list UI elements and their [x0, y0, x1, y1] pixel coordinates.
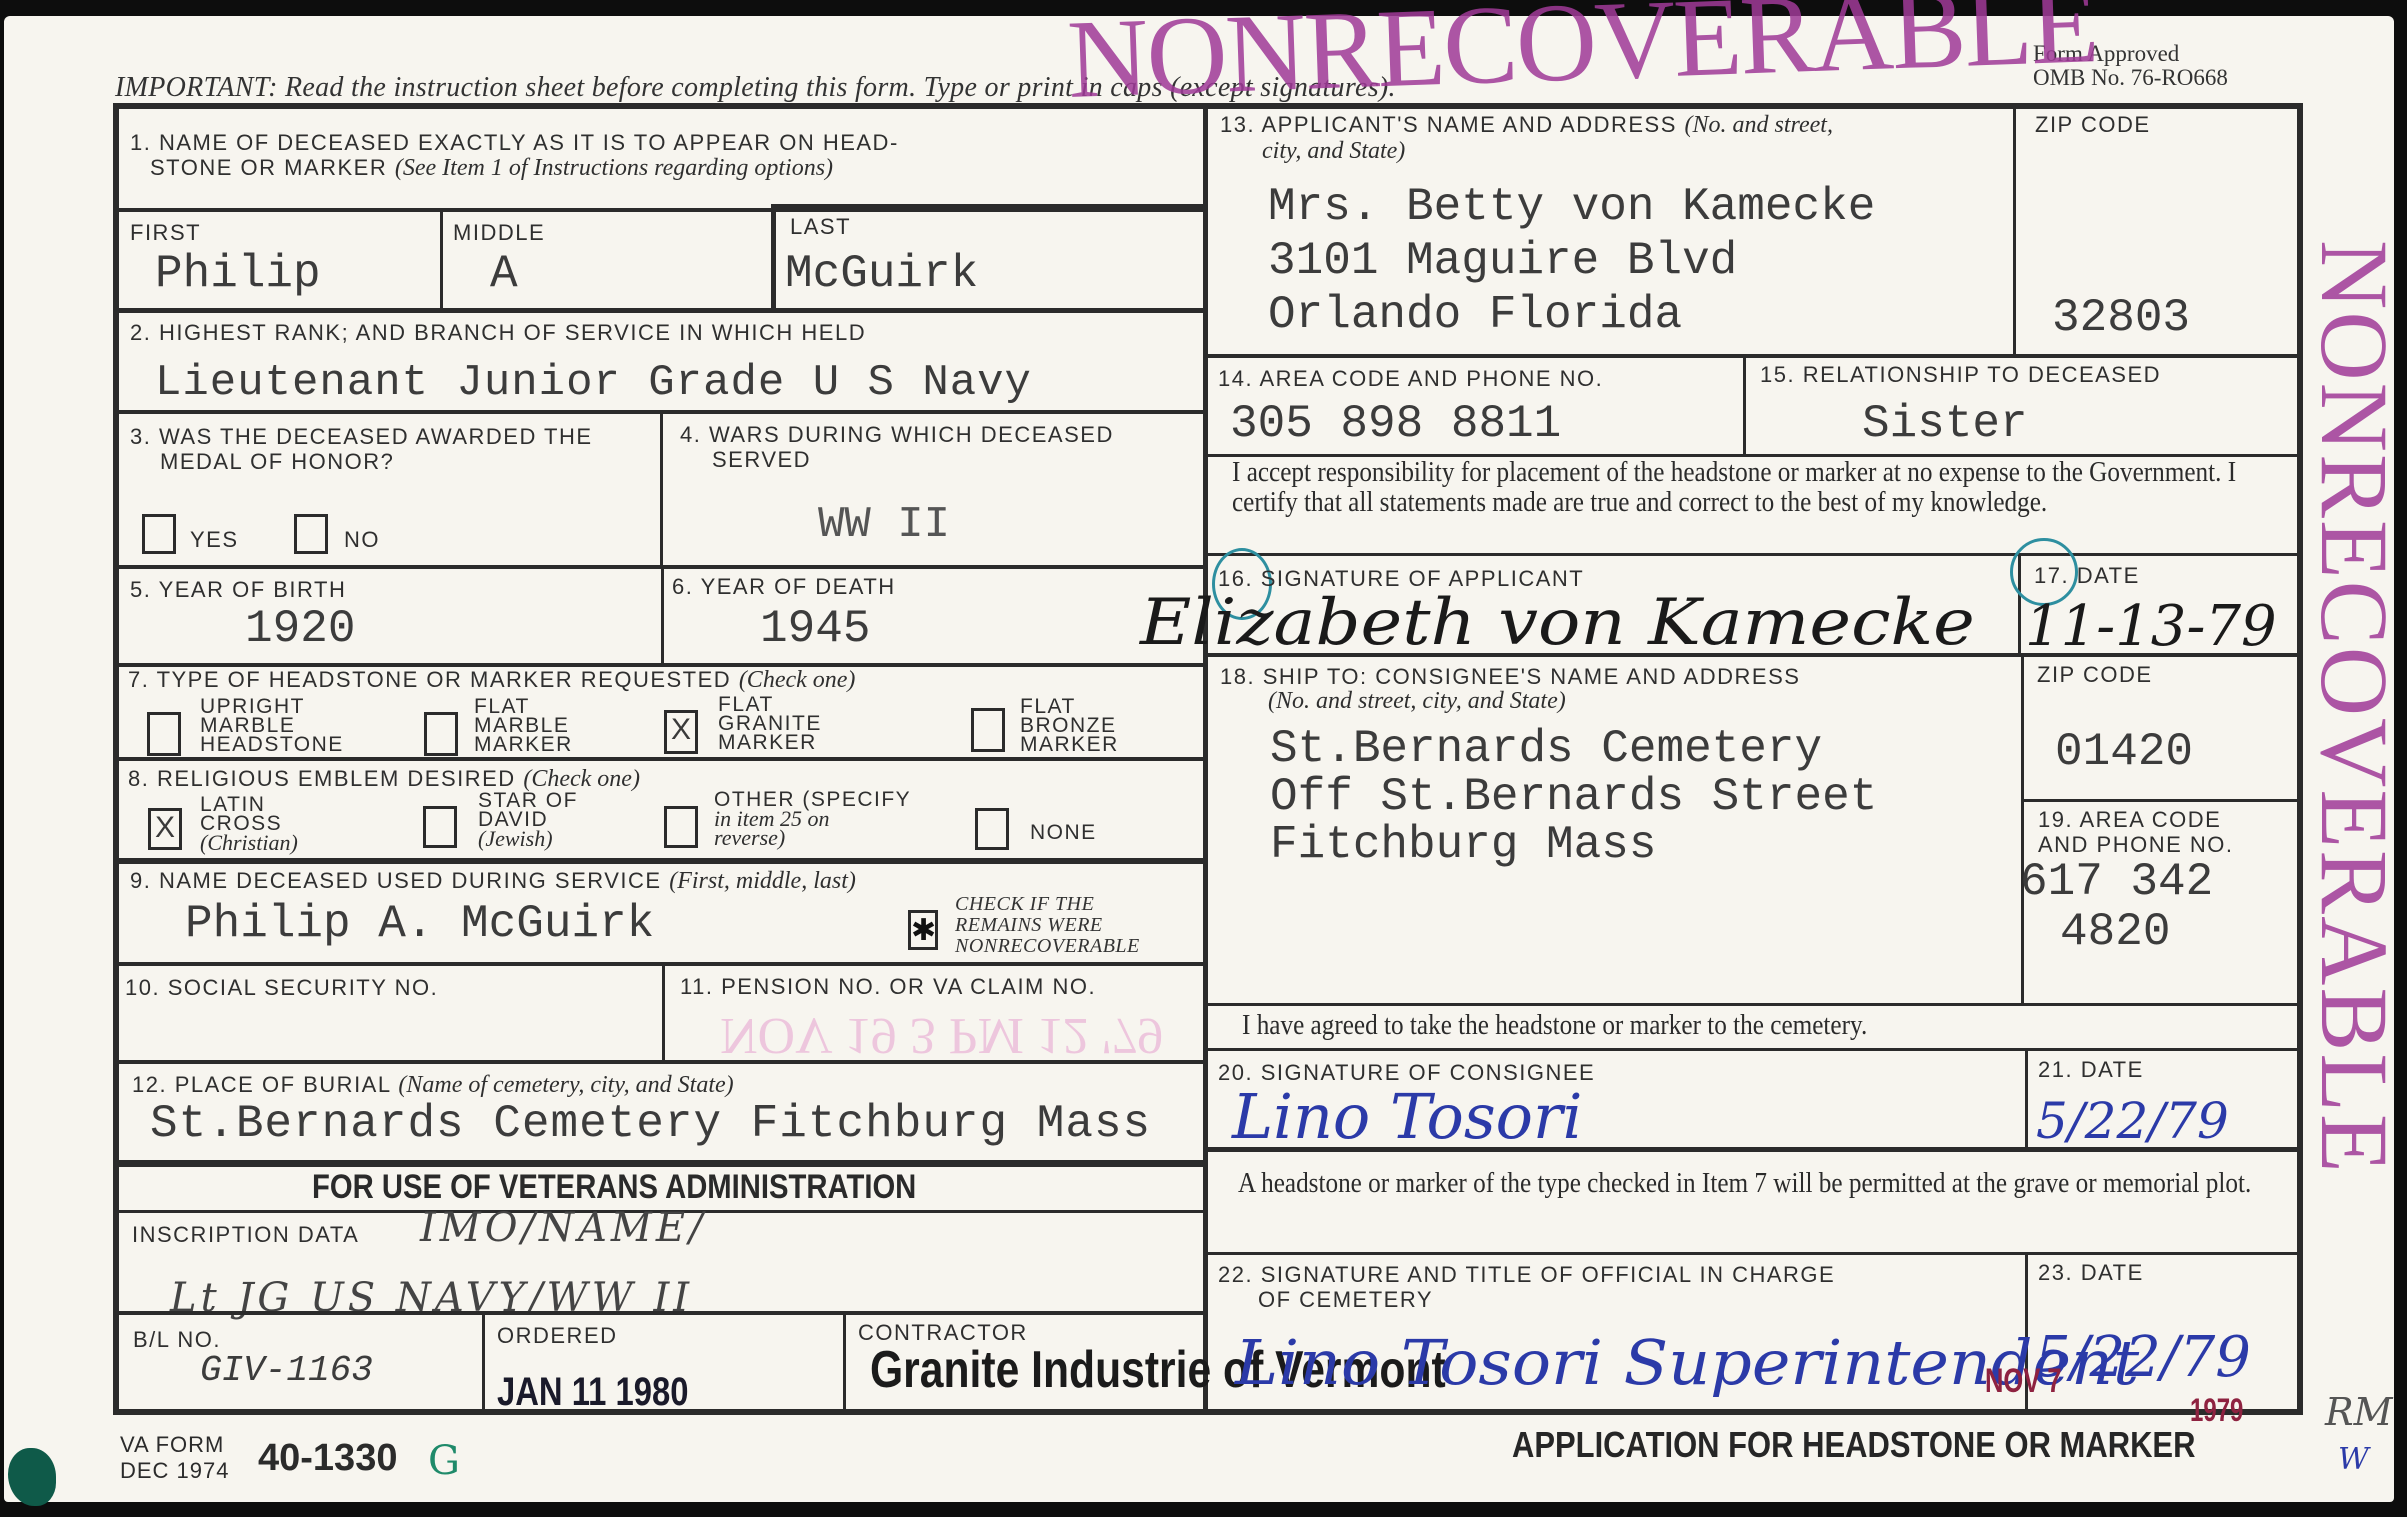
divider — [1206, 653, 2300, 657]
form-date: DEC 1974 — [120, 1458, 230, 1484]
item19-value-line2: 4820 — [2020, 907, 2213, 957]
divider — [771, 206, 776, 310]
divider — [1743, 356, 1746, 456]
consignee-address[interactable]: St.Bernards Cemetery Off St.Bernards Str… — [1270, 725, 1877, 869]
item22-label-line1: 22. SIGNATURE AND TITLE OF OFFICIAL IN C… — [1218, 1262, 1835, 1287]
item19-label-line2: AND PHONE NO. — [2038, 832, 2234, 857]
consignee-statement: I have agreed to take the headstone or m… — [1242, 1010, 1867, 1042]
divider — [1206, 1147, 2300, 1152]
va-use-title: FOR USE OF VETERANS ADMINISTRATION — [312, 1168, 916, 1207]
item1-label-line2: STONE OR MARKER — [150, 155, 387, 180]
item7-label: 7. TYPE OF HEADSTONE OR MARKER REQUESTED… — [128, 667, 855, 693]
remains-nonrecoverable-checkbox[interactable]: ✱ — [908, 910, 938, 950]
ordered-label: ORDERED — [497, 1323, 618, 1348]
item1-label-line1: 1. NAME OF DECEASED EXACTLY AS IT IS TO … — [130, 130, 1190, 155]
divider — [661, 567, 664, 665]
va-form-label: VA FORM DEC 1974 — [120, 1432, 230, 1484]
item19-value[interactable]: 617 342 4820 — [2020, 857, 2213, 957]
item9-label-note: (First, middle, last) — [669, 868, 856, 894]
consignee-signature[interactable]: Lino Tosori — [1232, 1080, 1582, 1153]
item21-label: 21. DATE — [2038, 1057, 2144, 1082]
flat-granite-marker-checkbox[interactable]: X — [664, 710, 698, 754]
item9-label-text: 9. NAME DECEASED USED DURING SERVICE — [130, 868, 662, 893]
va-form-text: VA FORM — [120, 1432, 230, 1458]
flat-bronze-marker-checkbox[interactable] — [971, 708, 1005, 752]
item11-label: 11. PENSION NO. OR VA CLAIM NO. — [680, 974, 1096, 999]
divider — [116, 1311, 1206, 1315]
divider — [2023, 799, 2300, 802]
handwritten-g: G — [428, 1438, 460, 1484]
form-number: 40-1330 — [258, 1437, 397, 1480]
inscription-line1[interactable]: IMO/NAME/ — [420, 1205, 707, 1251]
check-label-line: REMAINS WERE — [955, 915, 1140, 936]
divider — [482, 1313, 485, 1413]
last-name-value[interactable]: McGuirk — [785, 248, 978, 300]
item9-label: 9. NAME DECEASED USED DURING SERVICE (Fi… — [130, 868, 856, 894]
check-label-line: CHECK IF THE — [955, 894, 1140, 915]
middle-name-label: MIDDLE — [453, 220, 545, 245]
option-other: OTHER (Specifyin item 25 onreverse) — [714, 790, 911, 847]
item6-label: 6. YEAR OF DEATH — [672, 574, 896, 599]
item17-label: 17. DATE — [2034, 563, 2140, 588]
ordered-date-stamp[interactable]: JAN 11 1980 — [497, 1370, 688, 1415]
medal-no-label: NO — [344, 527, 380, 552]
divider — [843, 1313, 846, 1413]
bl-number-label: B/L NO. — [133, 1327, 221, 1352]
option-flat-marble-marker: FLATMARBLEMARKER — [474, 697, 573, 754]
item8-label-text: 8. RELIGIOUS EMBLEM DESIRED — [128, 766, 516, 791]
item15-value[interactable]: Sister — [1862, 398, 2028, 450]
divider — [440, 210, 443, 310]
other-emblem-checkbox[interactable] — [664, 806, 698, 848]
divider — [1206, 1003, 2300, 1006]
faint-received-stamp: NOV 19 3 PM 12 '79 — [720, 1006, 1163, 1065]
item4-label-line1: 4. WARS DURING WHICH DECEASED — [680, 422, 1114, 447]
item7-label-note: (Check one) — [739, 667, 856, 693]
nonrecoverable-stamp-side: NONRECOVERABLE — [2299, 240, 2407, 1175]
option-flat-granite-marker: FLATGRANITEMARKER — [718, 695, 822, 752]
divider — [116, 858, 1206, 864]
first-name-value[interactable]: Philip — [155, 248, 321, 300]
option-line: MARKER — [1020, 735, 1119, 754]
option-star-of-david: STAR OFDAVID(Jewish) — [478, 791, 578, 848]
item3-label-line1: 3. WAS THE DECEASED AWARDED THE — [130, 424, 593, 449]
item12-label-note: (Name of cemetery, city, and State) — [398, 1072, 733, 1098]
consignee-zip-label: ZIP CODE — [2037, 662, 2153, 687]
consignee-street: Off St.Bernards Street — [1270, 773, 1877, 821]
divider — [1206, 1252, 2300, 1255]
permit-statement: A headstone or marker of the type checke… — [1238, 1164, 2282, 1204]
divider — [1206, 553, 2300, 556]
applicant-zip-label: ZIP CODE — [2035, 112, 2151, 137]
initials-rm: RM — [2325, 1390, 2393, 1434]
divider — [116, 1060, 1206, 1064]
divider — [1206, 354, 2300, 358]
item9-value[interactable]: Philip A. McGuirk — [185, 898, 654, 950]
applicant-signature[interactable]: Elizabeth von Kamecke — [1140, 586, 1975, 660]
divider — [660, 412, 663, 567]
item19-label-line1: 19. AREA CODE — [2038, 807, 2234, 832]
item14-value[interactable]: 305 898 8811 — [1230, 398, 1561, 450]
item2-label: 2. HIGHEST RANK; AND BRANCH OF SERVICE I… — [130, 320, 866, 345]
item3-label-line2: MEDAL OF HONOR? — [130, 449, 593, 474]
divider — [2013, 106, 2016, 356]
check-label-line: NONRECOVERABLE — [955, 936, 1140, 957]
item13-label: 13. APPLICANT'S NAME AND ADDRESS (No. an… — [1220, 112, 1833, 164]
option-line: MARKER — [474, 735, 573, 754]
applicant-street: 3101 Maguire Blvd — [1268, 234, 1875, 288]
certification-text: I accept responsibility for placement of… — [1232, 458, 2263, 518]
item23-value[interactable]: 5/22/79 — [2035, 1325, 2251, 1390]
item13-label-note2: city, and State) — [1262, 138, 1405, 164]
received-date-stamp-month: NOV 7 — [1985, 1362, 2062, 1401]
item2-value[interactable]: Lieutenant Junior Grade U S Navy — [155, 358, 1032, 408]
option-latin-cross: LATINCROSS(Christian) — [200, 795, 298, 852]
item23-label: 23. DATE — [2038, 1260, 2144, 1285]
option-line: (Jewish) — [478, 829, 578, 848]
applicant-address[interactable]: Mrs. Betty von Kamecke 3101 Maguire Blvd… — [1268, 180, 1875, 342]
item6-value[interactable]: 1945 — [760, 603, 870, 655]
medal-yes-checkbox[interactable] — [142, 514, 176, 554]
item19-value-line1: 617 342 — [2020, 857, 2213, 907]
item12-label-text: 12. PLACE OF BURIAL — [132, 1072, 391, 1097]
item12-value[interactable]: St.Bernards Cemetery Fitchburg Mass — [150, 1098, 1151, 1150]
flat-marble-marker-checkbox[interactable] — [424, 712, 458, 756]
bl-number-value[interactable]: GIV-1163 — [200, 1350, 373, 1391]
received-date-stamp-year: 1979 — [2190, 1392, 2243, 1429]
option-line: (Christian) — [200, 833, 298, 852]
item13-label-note: (No. and street, — [1685, 112, 1833, 138]
divider — [2025, 1050, 2028, 1150]
item14-label: 14. AREA CODE AND PHONE NO. — [1218, 366, 1603, 391]
divider — [771, 204, 1206, 210]
medal-yes-label: YES — [190, 527, 239, 552]
consignee-city-state: Fitchburg Mass — [1270, 821, 1877, 869]
upright-marble-headstone-checkbox[interactable] — [147, 712, 181, 756]
form-title: APPLICATION FOR HEADSTONE OR MARKER — [1512, 1424, 2195, 1466]
social-security-field[interactable] — [130, 1005, 650, 1055]
divider — [116, 308, 1206, 313]
divider — [116, 757, 1206, 761]
item5-value[interactable]: 1920 — [245, 603, 355, 655]
item22-label-line2: OF CEMETERY — [1218, 1287, 1835, 1312]
none-emblem-checkbox[interactable] — [975, 808, 1009, 850]
option-line: HEADSTONE — [200, 735, 344, 754]
latin-cross-checkbox[interactable]: X — [148, 808, 182, 850]
item18-label: 18. SHIP TO: CONSIGNEE'S NAME AND ADDRES… — [1220, 664, 1800, 689]
divider — [116, 1160, 1206, 1167]
divider — [116, 962, 1206, 966]
option-line: MARKER — [718, 733, 822, 752]
option-flat-bronze-marker: FLATBRONZEMARKER — [1020, 697, 1119, 754]
item4-label-line2: SERVED — [680, 447, 1114, 472]
applicant-name: Mrs. Betty von Kamecke — [1268, 180, 1875, 234]
option-upright-marble-headstone: UPRIGHTMARBLEHEADSTONE — [200, 697, 344, 754]
item10-label: 10. SOCIAL SECURITY NO. — [125, 975, 438, 1000]
consignee-name: St.Bernards Cemetery — [1270, 725, 1877, 773]
star-of-david-checkbox[interactable] — [423, 806, 457, 848]
item19-label: 19. AREA CODE AND PHONE NO. — [2038, 807, 2234, 857]
item12-label: 12. PLACE OF BURIAL (Name of cemetery, c… — [132, 1072, 734, 1098]
item1-label: 1. NAME OF DECEASED EXACTLY AS IT IS TO … — [130, 130, 1190, 181]
option-none: NONE — [1030, 823, 1097, 842]
applicant-city-state: Orlando Florida — [1268, 288, 1875, 342]
middle-name-value[interactable]: A — [490, 248, 518, 300]
first-name-label: FIRST — [130, 220, 201, 245]
remains-nonrecoverable-label: CHECK IF THE REMAINS WERE NONRECOVERABLE — [955, 894, 1140, 957]
item15-label: 15. RELATIONSHIP TO DECEASED — [1760, 362, 2161, 387]
item18-label-note: (No. and street, city, and State) — [1268, 688, 1566, 715]
item21-value[interactable]: 5/22/79 — [2036, 1092, 2229, 1150]
item4-label: 4. WARS DURING WHICH DECEASED SERVED — [680, 422, 1114, 472]
divider — [662, 964, 665, 1062]
inscription-label: INSCRIPTION DATA — [132, 1222, 359, 1247]
item5-label: 5. YEAR OF BIRTH — [130, 577, 346, 602]
applicant-zip-value[interactable]: 32803 — [2052, 292, 2190, 344]
item22-label: 22. SIGNATURE AND TITLE OF OFFICIAL IN C… — [1218, 1262, 1835, 1312]
divider — [1206, 1048, 2300, 1051]
item1-label-note: (See Item 1 of Instructions regarding op… — [395, 155, 833, 181]
item17-value[interactable]: 11-13-79 — [2025, 594, 2277, 659]
initials-w: W — [2338, 1442, 2369, 1477]
item7-label-text: 7. TYPE OF HEADSTONE OR MARKER REQUESTED — [128, 667, 731, 692]
consignee-zip-value[interactable]: 01420 — [2055, 726, 2193, 778]
last-name-label: LAST — [790, 214, 851, 239]
item4-value[interactable]: WW II — [818, 500, 950, 550]
item3-label: 3. WAS THE DECEASED AWARDED THE MEDAL OF… — [130, 424, 593, 474]
medal-no-checkbox[interactable] — [294, 514, 328, 554]
